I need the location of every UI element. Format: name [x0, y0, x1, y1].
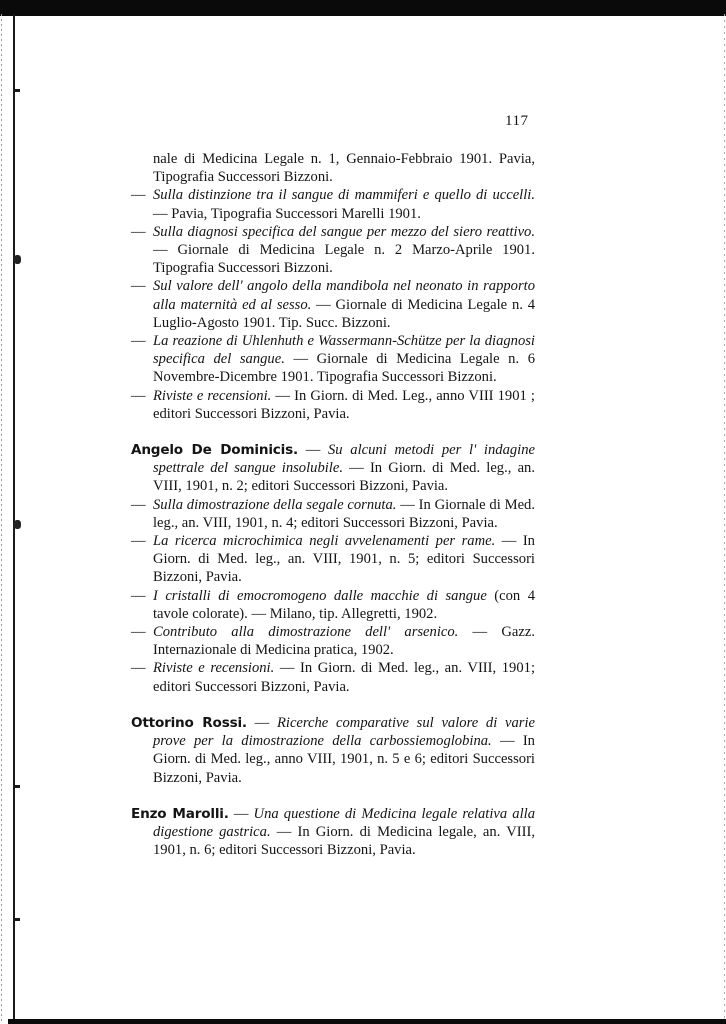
dash: — [255, 715, 270, 731]
entry-text: nale di Medicina Legale n. 1, Gennaio-Fe… [153, 151, 535, 185]
bib-entry: —Sulla diagnosi specifica del sangue per… [131, 223, 535, 278]
author-entry: Enzo Marolli. — Una questione di Medicin… [131, 805, 535, 860]
scan-edge-right [724, 14, 725, 1024]
ink-smudge [14, 520, 21, 529]
entry-title: La ricerca microchimica negli avvelename… [153, 533, 495, 549]
entry-title: Riviste e recensioni. [153, 660, 274, 676]
bib-entry: —Riviste e recensioni. — In Giorn. di Me… [131, 387, 535, 423]
section-gap [131, 787, 535, 805]
scan-border-top [0, 0, 726, 16]
author-entry: Ottorino Rossi. — Ricerche comparative s… [131, 714, 535, 787]
bib-entry: —Sul valore dell' angolo della mandibola… [131, 277, 535, 332]
margin-mark [14, 89, 20, 92]
binding-rule [13, 14, 15, 1024]
author-name: Ottorino Rossi. [131, 715, 247, 731]
entry-title: Contributo alla dimostrazione dell' arse… [153, 624, 458, 640]
dash: — [131, 277, 153, 295]
scan-border-bottom [8, 1019, 726, 1024]
dash: — [131, 223, 153, 241]
bib-entry: —La ricerca microchimica negli avvelenam… [131, 532, 535, 587]
bib-entry: —Riviste e recensioni. — In Giorn. di Me… [131, 659, 535, 695]
margin-mark [14, 785, 20, 788]
dash: — [306, 442, 321, 458]
dash: — [131, 186, 153, 204]
author-entry: Angelo De Dominicis. — Su alcuni metodi … [131, 441, 535, 496]
page-number: 117 [505, 113, 528, 130]
bibliography: nale di Medicina Legale n. 1, Gennaio-Fe… [131, 150, 535, 859]
bib-entry: —La reazione di Uhlenhuth e Wassermann-S… [131, 332, 535, 387]
section-gap [131, 696, 535, 714]
entry-citation: — Giornale di Medicina Legale n. 2 Marzo… [153, 242, 535, 276]
bib-entry: —Contributo alla dimostrazione dell' ars… [131, 623, 535, 659]
margin-mark [14, 918, 20, 921]
bib-entry-continuation: nale di Medicina Legale n. 1, Gennaio-Fe… [131, 150, 535, 186]
dash: — [234, 806, 249, 822]
ink-smudge [14, 255, 21, 264]
dash: — [131, 532, 153, 550]
dash: — [131, 332, 153, 350]
entry-title: Sulla dimostrazione della segale cornuta… [153, 497, 396, 513]
scan-edge-left [1, 14, 2, 1024]
dash: — [131, 387, 153, 405]
section-gap [131, 423, 535, 441]
author-name: Angelo De Dominicis. [131, 442, 298, 458]
entry-title: I cristalli di emocromogeno dalle macchi… [153, 588, 487, 604]
dash: — [131, 587, 153, 605]
dash: — [131, 623, 153, 641]
bib-entry: —Sulla distinzione tra il sangue di mamm… [131, 186, 535, 222]
dash: — [131, 496, 153, 514]
entry-title: Riviste e recensioni. [153, 388, 271, 404]
bib-entry: —I cristalli di emocromogeno dalle macch… [131, 587, 535, 623]
entry-title: Sulla distinzione tra il sangue di mammi… [153, 187, 535, 203]
entry-title: Sulla diagnosi specifica del sangue per … [153, 224, 535, 240]
author-name: Enzo Marolli. [131, 806, 229, 822]
bib-entry: —Sulla dimostrazione della segale cornut… [131, 496, 535, 532]
dash: — [131, 659, 153, 677]
entry-citation: — Pavia, Tipografia Successori Marelli 1… [153, 206, 421, 222]
